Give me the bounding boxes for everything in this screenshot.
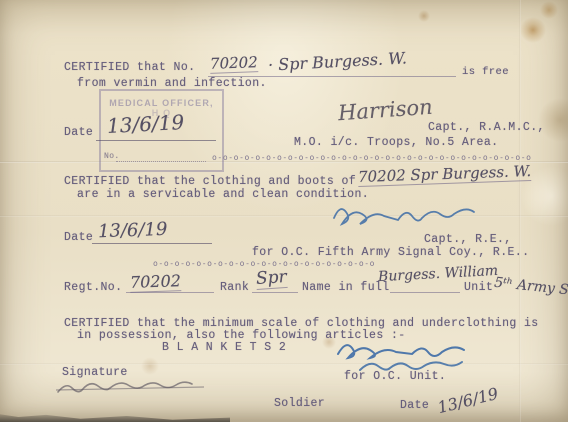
stamp-line1: MEDICAL OFFICER, bbox=[101, 98, 222, 108]
soldier-label: Soldier bbox=[274, 397, 325, 410]
cert1-text-post: is free bbox=[462, 66, 509, 78]
date2-label: Date bbox=[64, 231, 93, 244]
rank-rule bbox=[252, 292, 298, 293]
mo-rank: Capt., R.A.M.C., bbox=[428, 121, 545, 134]
unit-label: Unit bbox=[464, 281, 493, 294]
regt-value: 70202 bbox=[130, 271, 182, 293]
soldier-signature-scribble bbox=[54, 378, 214, 400]
date3-value: 13/6/19 bbox=[436, 384, 500, 417]
cert1-name: · Spr Burgess. W. bbox=[268, 48, 408, 74]
unit-value: 5ᵗʰ Army Sig C bbox=[493, 275, 568, 302]
vertical-crease bbox=[519, 0, 521, 422]
cert1-number: 70202 bbox=[210, 53, 258, 74]
cert2-line2: are in a servicable and clean condition. bbox=[77, 188, 369, 201]
rank-label: Rank bbox=[220, 281, 249, 294]
rank-value: Spr bbox=[255, 267, 287, 290]
regt-label: Regt.No. bbox=[64, 281, 122, 294]
regt-rule bbox=[126, 292, 214, 293]
cert2-name: 70202 Spr Burgess. W. bbox=[358, 162, 532, 187]
mo-role: M.O. i/c. Troops, No.5 Area. bbox=[294, 136, 498, 149]
stamp-no-label: No. bbox=[104, 152, 120, 161]
officer2-role: for O.C. Fifth Army Signal Coy., R.E.. bbox=[252, 246, 529, 259]
separator-row-1: o-o-o-o-o-o-o-o-o-o-o-o-o-o-o-o-o-o-o-o-… bbox=[212, 153, 532, 162]
officer2-rank: Capt., R.E., bbox=[424, 233, 512, 246]
name-rule bbox=[390, 292, 460, 293]
separator-row-2: o-o-o-o-o-o-o-o-o-o-o-o-o-o-o-o-o-o-o-o-… bbox=[153, 259, 375, 268]
torn-edge-shadow bbox=[0, 411, 230, 422]
date1-label: Date bbox=[64, 126, 93, 139]
cert1-text-pre: CERTIFIED that No. bbox=[64, 61, 195, 74]
cert2-text-pre: CERTIFIED that the clothing and boots of bbox=[64, 175, 356, 188]
name-label: Name in full bbox=[302, 281, 390, 294]
officer2-signature-scribble bbox=[330, 196, 490, 230]
for-oc-label: for O.C. Unit. bbox=[344, 370, 446, 383]
mo-signature: Harrison bbox=[337, 95, 433, 126]
date1-rule bbox=[96, 140, 216, 141]
date2-rule bbox=[92, 243, 212, 244]
stamp-no-rule bbox=[116, 161, 206, 162]
blankets-line: B L A N K E T S 2 bbox=[162, 341, 286, 354]
date1-value: 13/6/19 bbox=[106, 110, 184, 138]
date2-value: 13/6/19 bbox=[98, 219, 168, 242]
date3-label: Date bbox=[400, 399, 429, 412]
document-photo: CERTIFIED that No. 70202 · Spr Burgess. … bbox=[0, 0, 568, 422]
